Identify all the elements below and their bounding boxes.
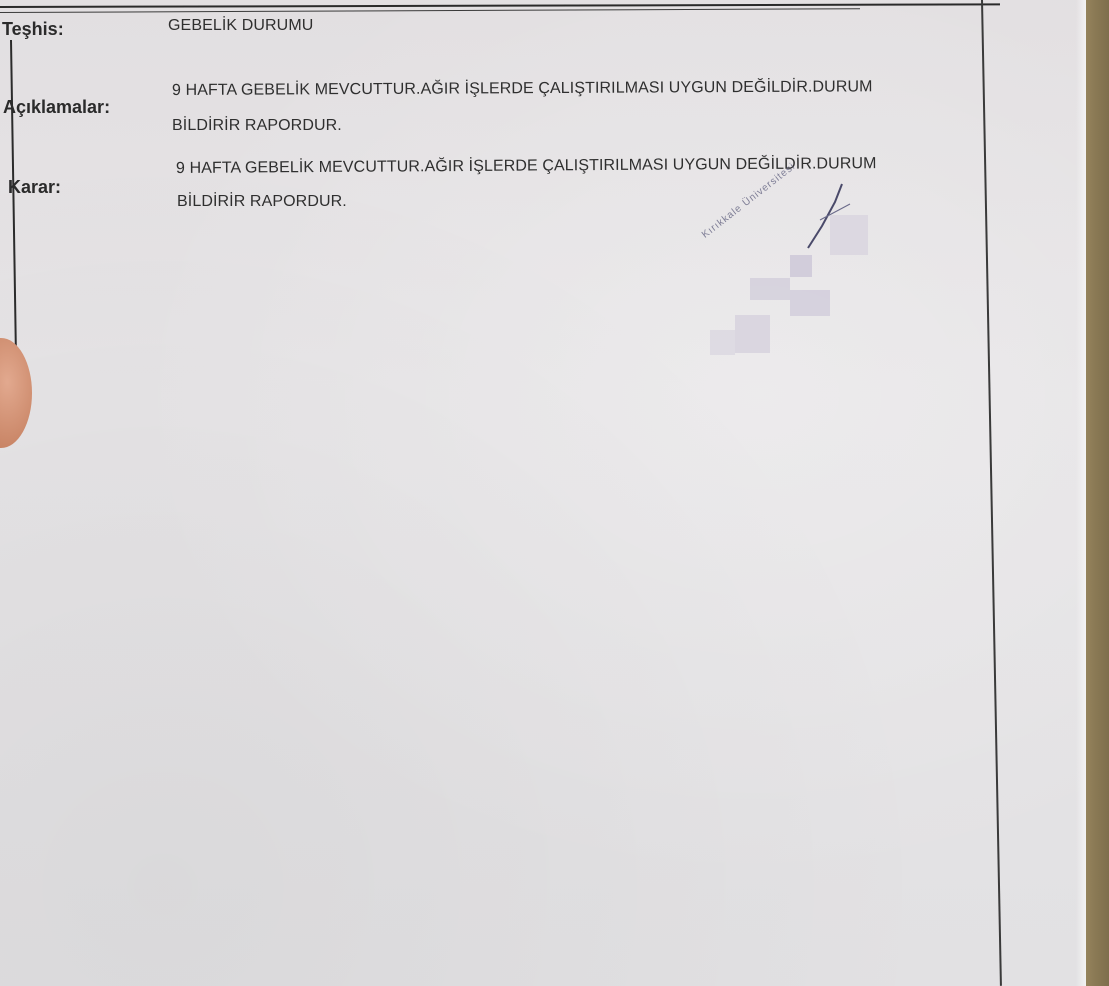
redaction-block <box>790 255 812 277</box>
diagnosis-value: GEBELİK DURUMU <box>168 16 313 35</box>
left-border-line <box>10 40 17 360</box>
right-border-line <box>981 0 1002 986</box>
explanations-line-1: 9 HAFTA GEBELİK MEVCUTTUR.AĞIR İŞLERDE Ç… <box>172 77 873 100</box>
decision-line-2: BİLDİRİR RAPORDUR. <box>177 192 347 211</box>
top-rule-line-secondary <box>0 8 860 13</box>
redaction-block <box>790 290 830 316</box>
medical-report-page: Teşhis: GEBELİK DURUMU Açıklamalar: 9 HA… <box>0 0 1086 986</box>
explanations-label: Açıklamalar: <box>3 97 110 118</box>
explanations-line-2: BİLDİRİR RAPORDUR. <box>172 116 342 135</box>
paper-edge <box>1076 0 1086 986</box>
redaction-block <box>750 278 790 300</box>
diagnosis-label: Teşhis: <box>2 19 64 40</box>
redaction-block <box>830 215 868 255</box>
redaction-block <box>735 315 770 353</box>
redaction-block <box>710 330 735 355</box>
decision-label: Karar: <box>8 177 61 198</box>
